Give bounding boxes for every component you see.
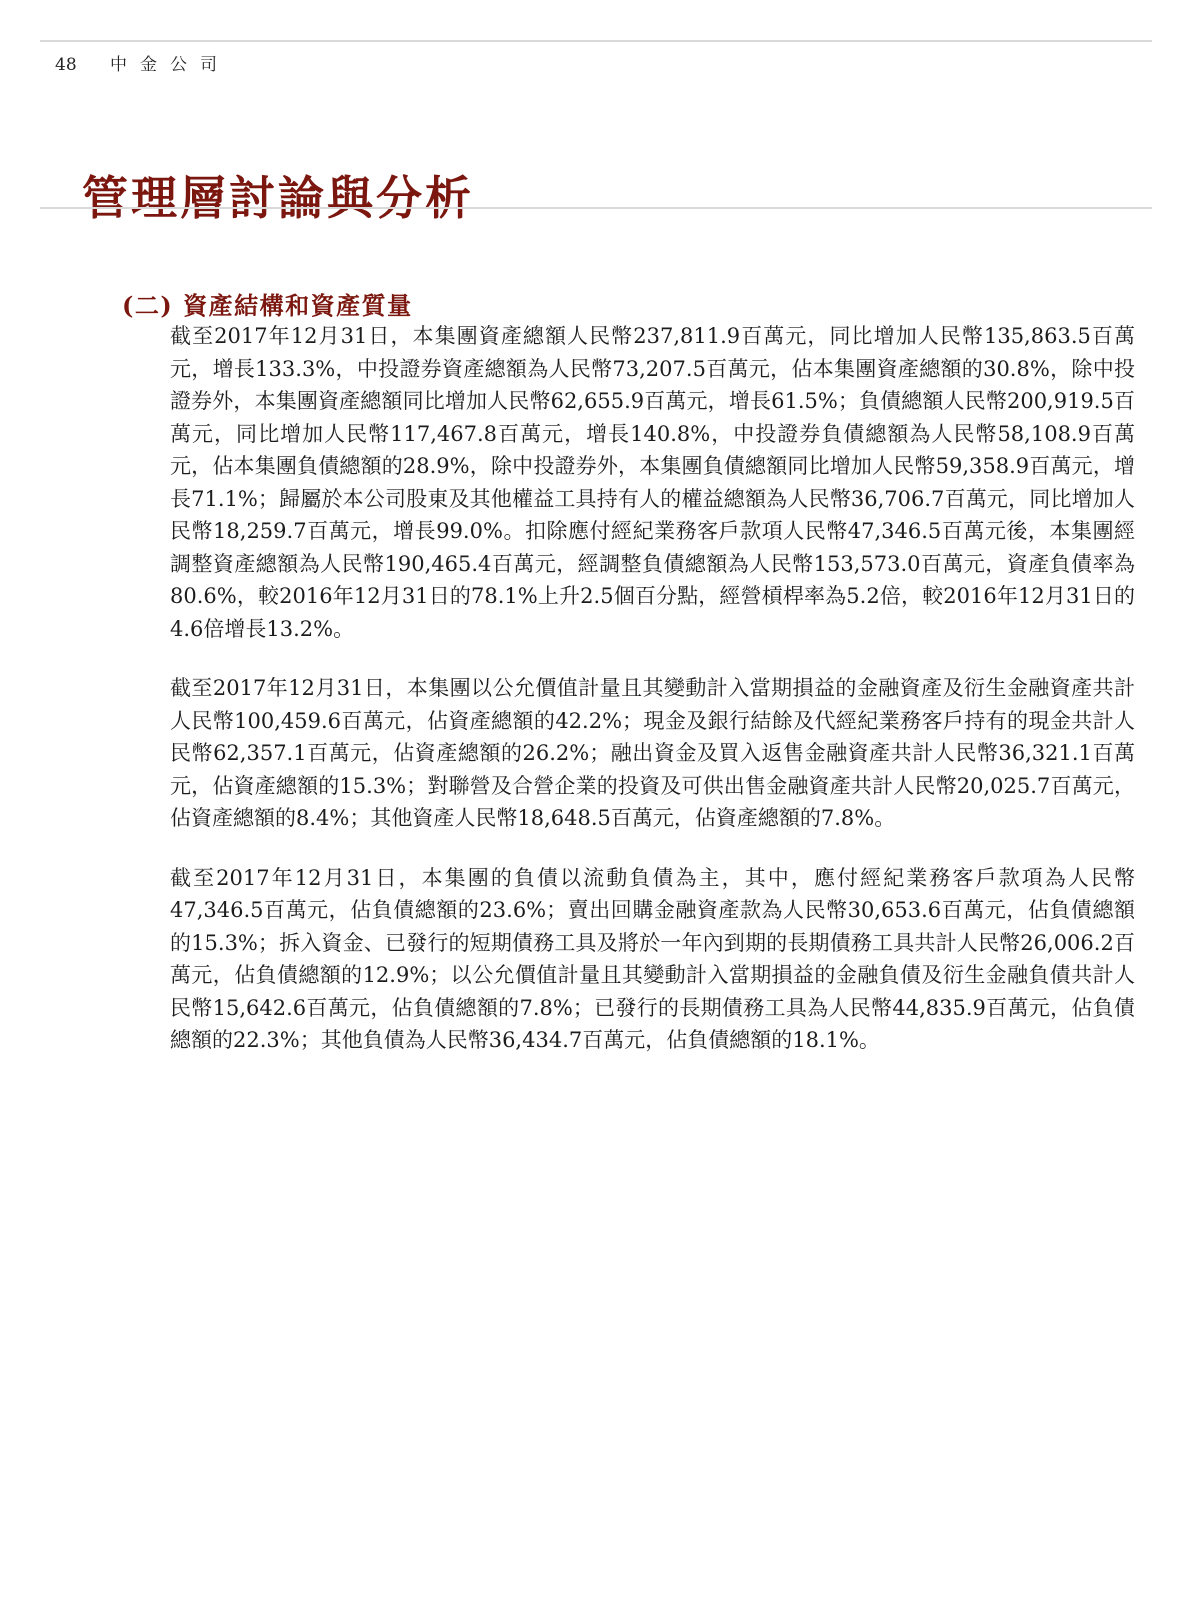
paragraph-liability-structure: 截至2017年12月31日，本集團的負債以流動負債為主，其中，應付經紀業務客戶款… <box>170 862 1135 1057</box>
page-title: 管理層討論與分析 <box>82 169 474 227</box>
header-rule <box>40 40 1152 42</box>
company-name: 中金公司 <box>110 50 230 75</box>
paragraph-asset-total-overview: 截至2017年12月31日，本集團資產總額人民幣237,811.9百萬元，同比增… <box>170 320 1135 645</box>
page-number: 48 <box>55 55 77 75</box>
section-body: 截至2017年12月31日，本集團資產總額人民幣237,811.9百萬元，同比增… <box>170 320 1135 1057</box>
document-page: 48 中金公司 管理層討論與分析 (二) 資產結構和資產質量 截至2017年12… <box>0 0 1190 1615</box>
paragraph-asset-structure: 截至2017年12月31日，本集團以公允價值計量且其變動計入當期損益的金融資產及… <box>170 672 1135 835</box>
page-header: 48 中金公司 <box>55 50 230 75</box>
section-heading: (二) 資產結構和資產質量 <box>122 286 413 321</box>
title-rule <box>40 207 1152 209</box>
